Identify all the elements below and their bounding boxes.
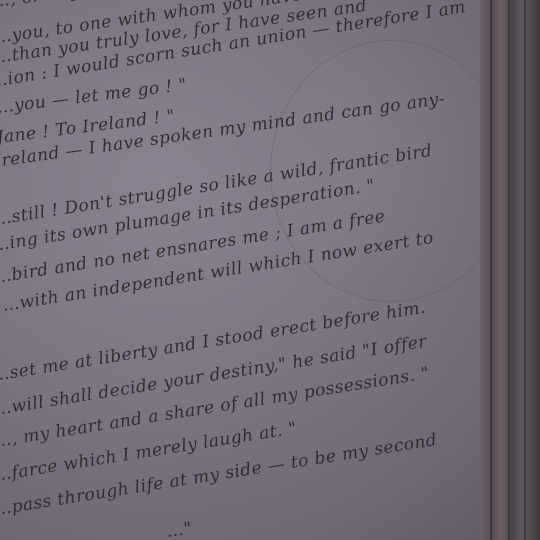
book-gutter [480,0,540,540]
binding-crease [490,0,492,540]
text-line: …, or at your… [0,0,130,12]
binding-crease [524,0,526,540]
manuscript-page: …, or at your… …you, to one with whom yo… [0,0,540,540]
binding-crease [508,0,510,540]
text-line: …" [165,519,193,540]
